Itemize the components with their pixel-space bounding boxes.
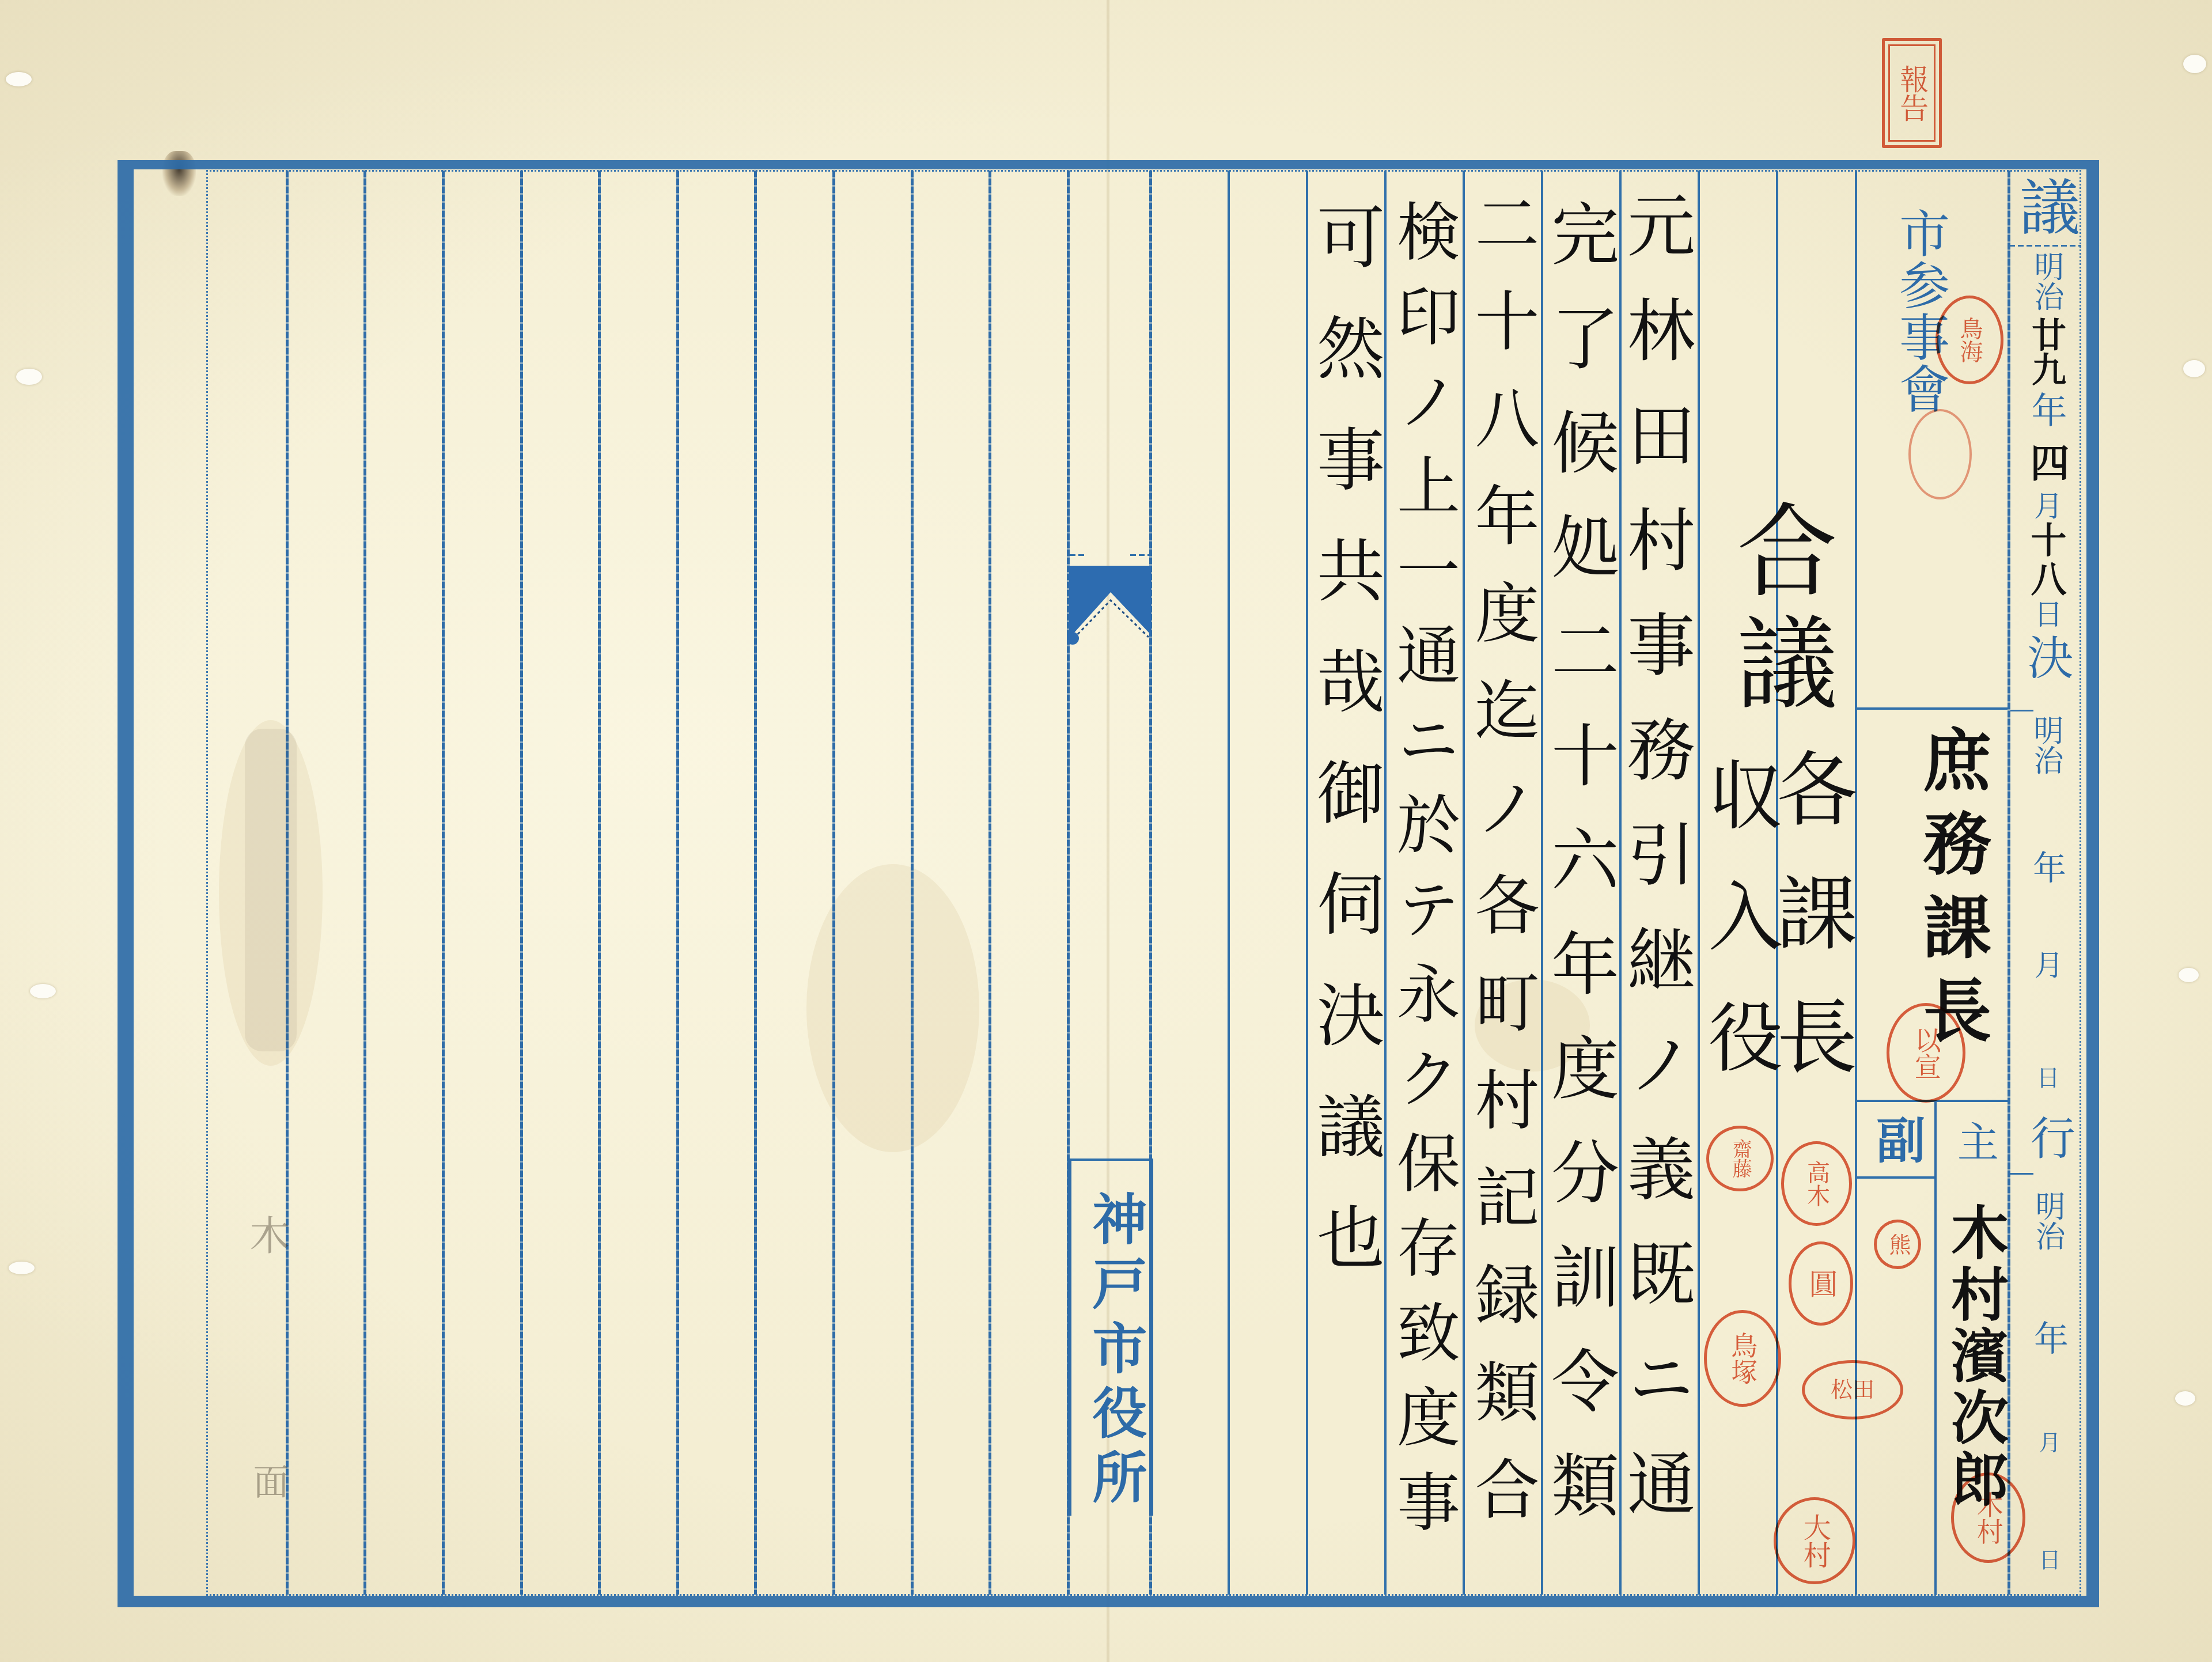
closing-date-era: 明治 xyxy=(2032,1191,2062,1251)
closing-date-day-unit: 日 xyxy=(2037,1549,2059,1570)
decision-date-month-unit: 月 xyxy=(2032,491,2061,520)
council-label: 市参事會 xyxy=(1895,207,1946,415)
body-text-column: 二十八年度迄ノ各町村記録類合 xyxy=(1469,190,1534,1553)
seal-round-responsible: 木村 xyxy=(1951,1472,2025,1563)
binding-hole xyxy=(2183,360,2205,377)
consultation-party: 収入役 xyxy=(1702,756,1777,1119)
bleed-through-char: 木 xyxy=(247,1214,287,1255)
decision-date-suffix: 決 xyxy=(2023,634,2069,680)
decision-date-day: 十八 xyxy=(2028,521,2063,600)
column-rule xyxy=(754,171,757,1595)
body-text-column: 可然事共哉御伺決議也 xyxy=(1311,202,1379,1313)
main-label: 主 xyxy=(1954,1120,1995,1162)
column-rule xyxy=(676,171,679,1595)
fold-column-tick xyxy=(1130,554,1149,556)
enforcement-date-month-unit: 月 xyxy=(2032,950,2061,979)
binding-hole xyxy=(6,72,32,86)
enforcement-date-era: 明治 xyxy=(2031,715,2061,775)
office-label: 神戸市役所 xyxy=(1088,1191,1142,1513)
closing-date-month-unit: 月 xyxy=(2037,1431,2059,1453)
office-label-box-left xyxy=(1067,1159,1071,1516)
vice-label: 副 xyxy=(1872,1115,1921,1164)
seal-round: 鳥海 xyxy=(1935,296,2003,384)
body-text-column: 元林田村事務引継ノ義既ニ通 xyxy=(1622,190,1690,1553)
body-text-column: 検印ノ上一通ニ於テ永ク保存致度事 xyxy=(1392,199,1455,1554)
fold-column-tick xyxy=(1070,554,1086,556)
enforcement-date-year-unit: 年 xyxy=(2030,850,2063,884)
binding-hole xyxy=(9,1262,35,1274)
vice-cell-bottom-rule xyxy=(1855,1176,1935,1179)
column-rule xyxy=(363,171,366,1595)
decision-date-year-unit: 年 xyxy=(2028,392,2064,427)
signature-divider-rule xyxy=(1934,1100,1937,1595)
binding-hole xyxy=(2179,968,2199,982)
seal-round: 鳥塚 xyxy=(1704,1310,1781,1407)
closing-date-year-unit: 年 xyxy=(2031,1320,2066,1355)
body-text-column: 完了候処二十六年度分訓令類 xyxy=(1546,199,1613,1554)
seal-round: 大村 xyxy=(1774,1497,1855,1584)
office-label-box-top xyxy=(1069,1159,1152,1161)
column-rule xyxy=(520,171,523,1595)
seal-oval: 高木 xyxy=(1781,1141,1852,1226)
document-page: 神戸市役所 木 面 議 明治 廿九 年 四 月 十八 日 決 明治 年 月 日 … xyxy=(0,0,2212,1662)
date-bracket xyxy=(2010,710,2033,711)
decision-date-year: 廿九 xyxy=(2029,317,2063,386)
date-bracket xyxy=(2010,1173,2033,1175)
gi-box-label: 議 xyxy=(2014,176,2075,236)
binding-hole xyxy=(2183,55,2206,73)
seal-square-report: 報告 xyxy=(1882,38,1942,148)
bleed-through-char: 面 xyxy=(250,1463,286,1499)
decision-date-day-unit: 日 xyxy=(2032,599,2061,628)
seal-oval: 圓 xyxy=(1789,1241,1853,1326)
seal-round-small: 熊 xyxy=(1874,1220,1921,1269)
seal-round-section-chief: 以宣 xyxy=(1887,1003,1965,1103)
column-rule xyxy=(442,171,445,1595)
fishtail-mark-icon xyxy=(1067,565,1153,645)
binding-hole xyxy=(30,984,56,998)
enforcement-date-suffix: 行 xyxy=(2027,1115,2071,1160)
seal-oval-horizontal: 松田 xyxy=(1802,1360,1903,1419)
seal-round-faint xyxy=(1908,409,1972,499)
decision-date-month: 四 xyxy=(2027,442,2066,482)
decision-date-era: 明治 xyxy=(2031,251,2061,311)
column-rule xyxy=(988,171,991,1595)
column-rule xyxy=(911,171,914,1595)
office-label-box-right xyxy=(1149,1159,1153,1516)
enforcement-date-day-unit: 日 xyxy=(2035,1066,2058,1089)
consultation-heading: 合議 xyxy=(1728,498,1829,723)
seal-round: 齋藤 xyxy=(1706,1126,1774,1191)
gi-box-bottom-rule xyxy=(2009,245,2081,247)
council-cell-bottom-rule xyxy=(1855,707,2008,710)
column-rule xyxy=(832,171,835,1595)
column-rule xyxy=(598,171,601,1595)
responsible-person-name: 木村濱次郎 xyxy=(1946,1203,2003,1511)
binding-hole xyxy=(16,369,42,385)
column-rule xyxy=(1228,171,1230,1595)
bleed-through-smudge xyxy=(245,729,297,1051)
binding-hole xyxy=(2175,1391,2195,1406)
